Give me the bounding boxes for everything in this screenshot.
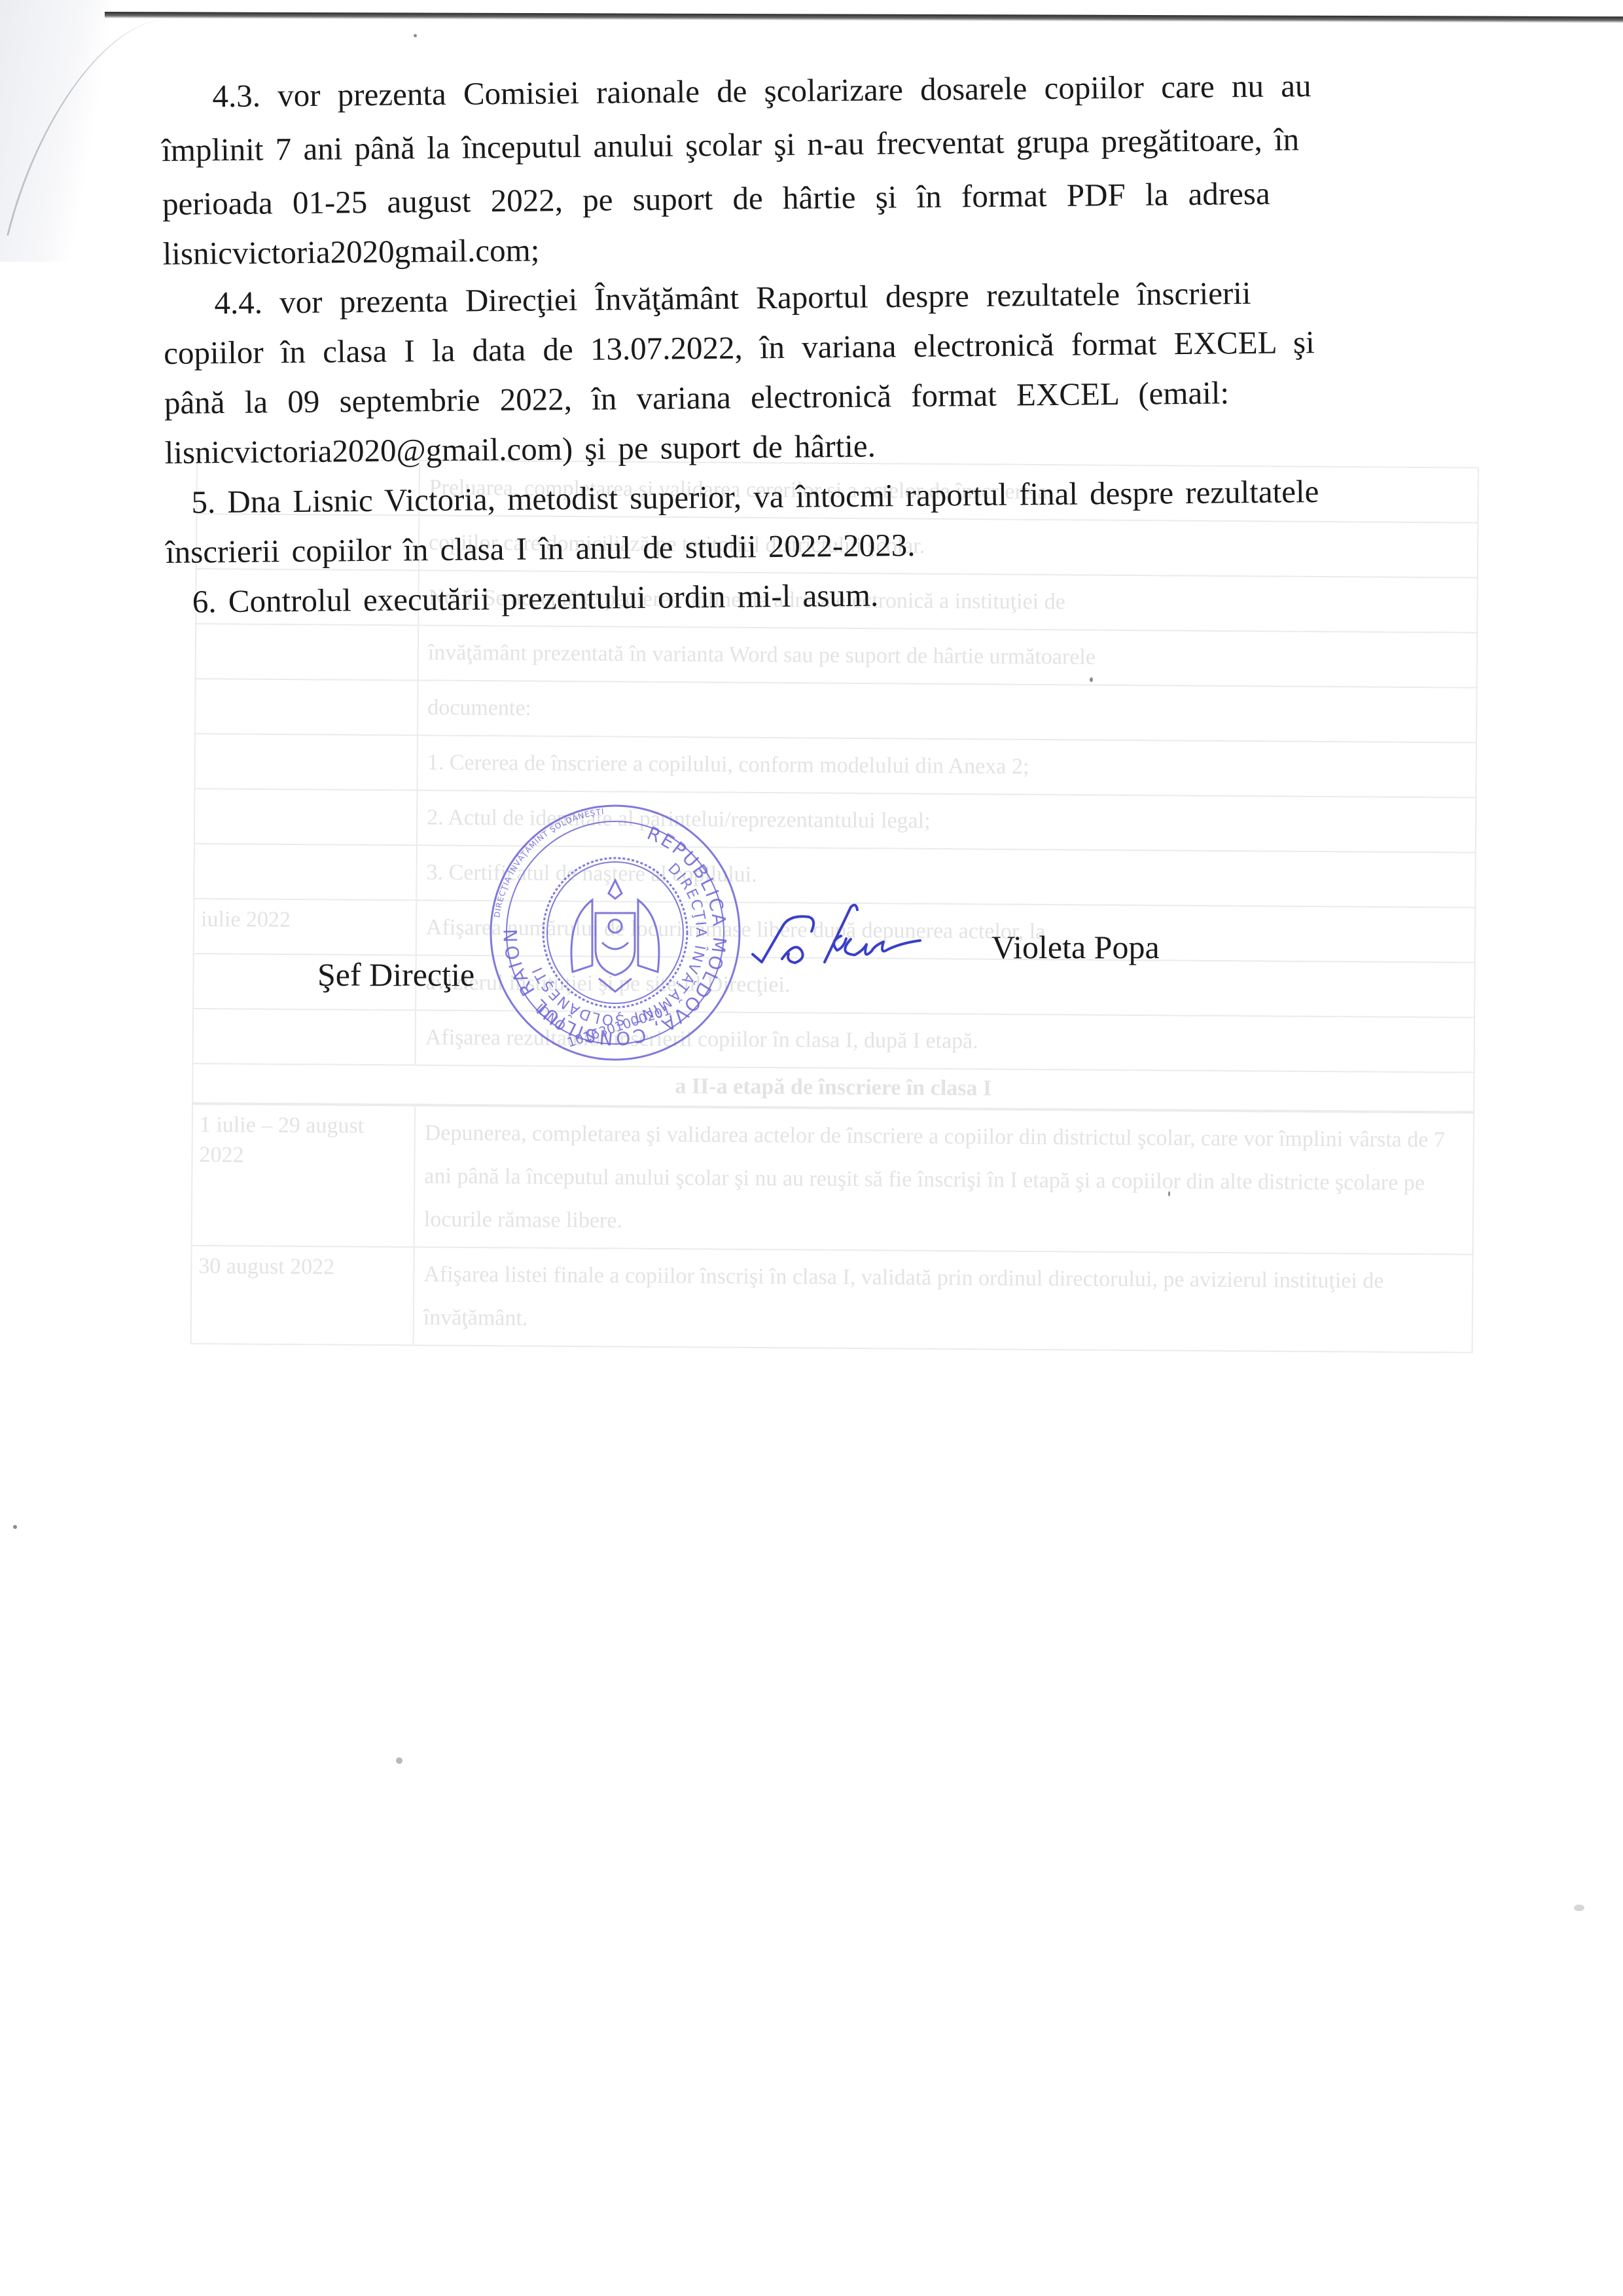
ghost-date-cell: 1 iulie – 29 august 2022 [192, 1105, 416, 1246]
ghost-date-cell: 30 august 2022 [192, 1246, 415, 1344]
ghost-desc-cell: învăţământ prezentată în varianta Word s… [419, 626, 1477, 687]
ghost-date-cell [195, 789, 418, 844]
order-text: 4.3. vor prezenta Comisiei raionale de ş… [161, 52, 1547, 627]
ghost-date-cell [196, 679, 419, 734]
ghost-table-row: 30 august 2022Afişarea listei finale a c… [190, 1246, 1474, 1354]
text-line: împlinit 7 ani până la începutul anului … [162, 113, 1543, 175]
ghost-table-row: documente: [194, 679, 1478, 744]
ghost-desc-cell: 1. Cererea de înscriere a copilului, con… [418, 736, 1476, 797]
official-stamp: DIRECŢIA ÎNVĂŢĂMÎNT ŞOLDĂNEŞTI REPUBLICA… [488, 802, 743, 1064]
ghost-desc-cell: Depunerea, completarea şi validarea acte… [415, 1106, 1473, 1253]
paragraph-4-4: 4.4. vor prezenta Direcţiei Învăţământ R… [163, 266, 1546, 478]
ghost-desc-cell: Afişarea listei finale a copiilor înscri… [414, 1247, 1472, 1352]
scan-speck [13, 1525, 17, 1529]
ghost-table-row: 2. Actul de identitate al părintelui/rep… [194, 789, 1477, 853]
scan-speck [414, 34, 417, 37]
signatory-role: Şef Direcţie [317, 956, 474, 994]
scan-speck [1574, 1905, 1584, 1911]
ghost-table-row: 1. Cererea de înscriere a copilului, con… [194, 734, 1477, 798]
coat-of-arms-icon [571, 880, 659, 992]
ghost-date-cell [196, 624, 419, 679]
ghost-date-cell [194, 844, 418, 899]
handwritten-signature [746, 903, 923, 982]
ghost-table-row: 1 iulie – 29 august 2022Depunerea, compl… [191, 1103, 1474, 1255]
ghost-desc-cell: documente: [418, 681, 1476, 742]
paragraph-4-3: 4.3. vor prezenta Comisiei raionale de ş… [161, 59, 1544, 279]
signatory-name: Violeta Popa [991, 928, 1160, 966]
text-line: 4.3. vor prezenta Comisiei raionale de ş… [161, 59, 1543, 122]
paragraph-5: 5. Dna Lisnic Victoria, metodist superio… [165, 465, 1546, 577]
ghost-table-row: învăţământ prezentată în varianta Word s… [195, 624, 1478, 689]
ghost-table-row: Afişarea rezultatelor înscrierii copiilo… [192, 1009, 1476, 1073]
ghost-date-cell [194, 1009, 417, 1064]
scan-speck [396, 1757, 402, 1764]
scan-top-edge [105, 12, 1623, 23]
ghost-date-cell [195, 734, 418, 789]
ghost-date-cell: iulie 2022 [194, 899, 418, 954]
ghost-table-row: 3. Certificatul de naştere al copilului. [193, 844, 1476, 908]
